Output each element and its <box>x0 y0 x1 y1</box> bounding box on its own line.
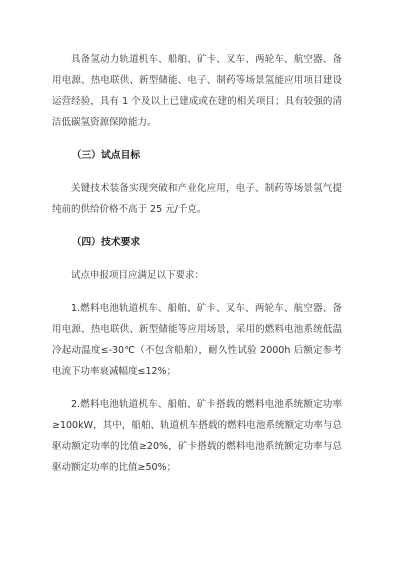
document-page: 具备氢动力轨道机车、船舶、矿卡、叉车、两轮车、航空器、备用电源、热电联供、新型储… <box>0 0 400 565</box>
section-heading-pilot-goals: （三）试点目标 <box>52 145 342 166</box>
paragraph-qualifications: 具备氢动力轨道机车、船舶、矿卡、叉车、两轮车、航空器、备用电源、热电联供、新型储… <box>52 49 342 133</box>
paragraph-requirement-1: 1.燃料电池轨道机车、船舶、矿卡、叉车、两轮车、航空器、备用电源、热电联供、新型… <box>52 298 342 382</box>
section-heading-technical-requirements: （四）技术要求 <box>52 232 342 253</box>
paragraph-pilot-goals: 关键技术装备实现突破和产业化应用，电子、制药等场景氢气提纯前的供给价格不高于 2… <box>52 178 342 220</box>
paragraph-requirement-2: 2.燃料电池轨道机车、船舶、矿卡搭载的燃料电池系统额定功率≥100kW，其中，船… <box>52 394 342 478</box>
paragraph-requirements-intro: 试点申报项目应满足以下要求： <box>52 265 342 286</box>
